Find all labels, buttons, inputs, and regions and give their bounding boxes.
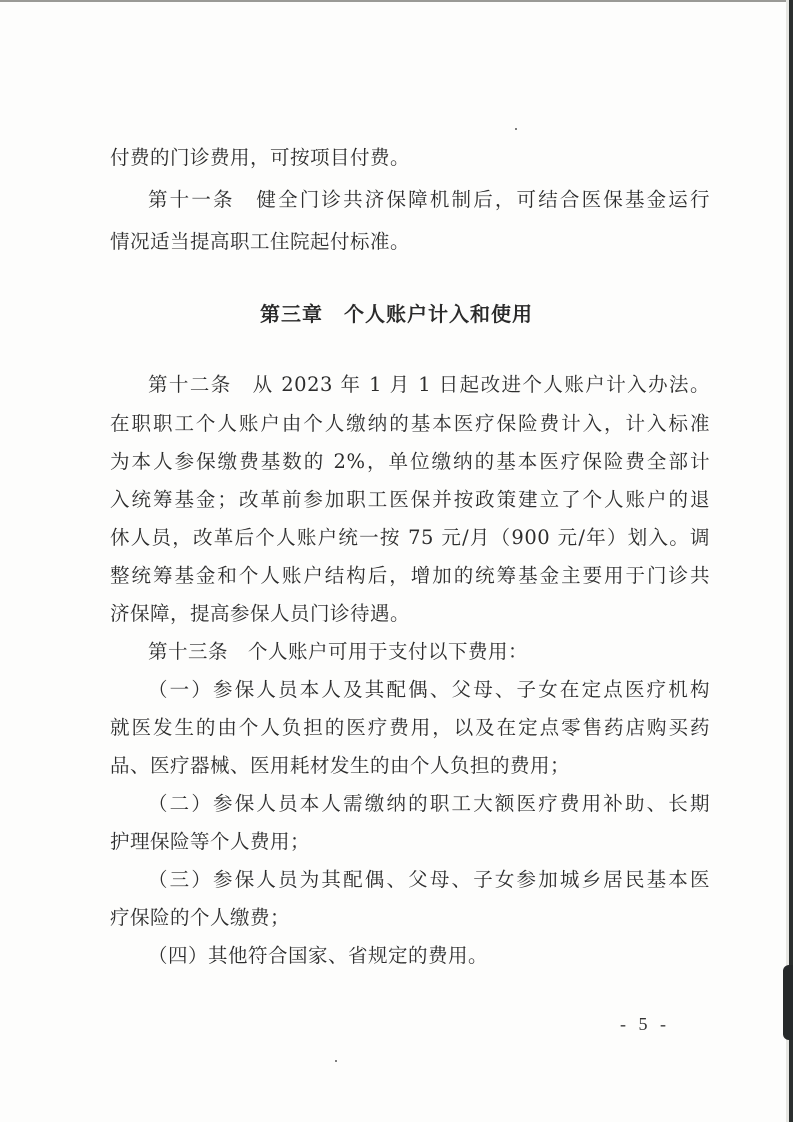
text-line: 付费的门诊费用，可按项目付费。 [110, 146, 710, 170]
text-line: 就医发生的由个人负担的医疗费用，以及在定点零售药店购买药 [110, 716, 710, 740]
text-line: 休人员，改革后个人账户统一按 75 元/月（900 元/年）划入。调 [110, 526, 710, 550]
text-line: 情况适当提高职工住院起付标准。 [110, 230, 710, 254]
text-line: 在职职工个人账户由个人缴纳的基本医疗保险费计入，计入标准 [110, 412, 710, 436]
article-13-line: 第十三条 个人账户可用于支付以下费用： [148, 640, 748, 664]
scan-edge-right [789, 0, 793, 1122]
text-line: 入统筹基金；改革前参加职工医保并按政策建立了个人账户的退 [110, 488, 710, 512]
text-line: 济保障，提高参保人员门诊待遇。 [110, 602, 710, 626]
list-item-3: （三）参保人员为其配偶、父母、子女参加城乡居民基本医 [148, 868, 710, 892]
scan-edge-top [0, 0, 793, 2]
scan-speck [335, 1060, 337, 1062]
scan-artifact [783, 965, 793, 1040]
chapter-heading: 第三章 个人账户计入和使用 [0, 298, 793, 327]
document-page: 付费的门诊费用，可按项目付费。 第十一条 健全门诊共济保障机制后，可结合医保基金… [0, 0, 793, 1122]
text-line: 疗保险的个人缴费； [110, 906, 710, 930]
list-item-2: （二）参保人员本人需缴纳的职工大额医疗费用补助、长期 [148, 792, 710, 816]
list-item-1: （一）参保人员本人及其配偶、父母、子女在定点医疗机构 [148, 678, 710, 702]
text-line: 整统筹基金和个人账户结构后，增加的统筹基金主要用于门诊共 [110, 564, 710, 588]
list-item-4: （四）其他符合国家、省规定的费用。 [148, 944, 748, 968]
text-line: 品、医疗器械、医用耗材发生的由个人负担的费用； [110, 754, 710, 778]
text-line: 护理保险等个人费用； [110, 830, 710, 854]
page-number: - 5 - [620, 1014, 670, 1035]
article-11-line: 第十一条 健全门诊共济保障机制后，可结合医保基金运行 [148, 188, 710, 212]
scan-speck [515, 128, 517, 130]
article-12-line: 第十二条 从 2023 年 1 月 1 日起改进个人账户计入办法。 [148, 373, 710, 397]
text-line: 为本人参保缴费基数的 2%，单位缴纳的基本医疗保险费全部计 [110, 450, 710, 474]
